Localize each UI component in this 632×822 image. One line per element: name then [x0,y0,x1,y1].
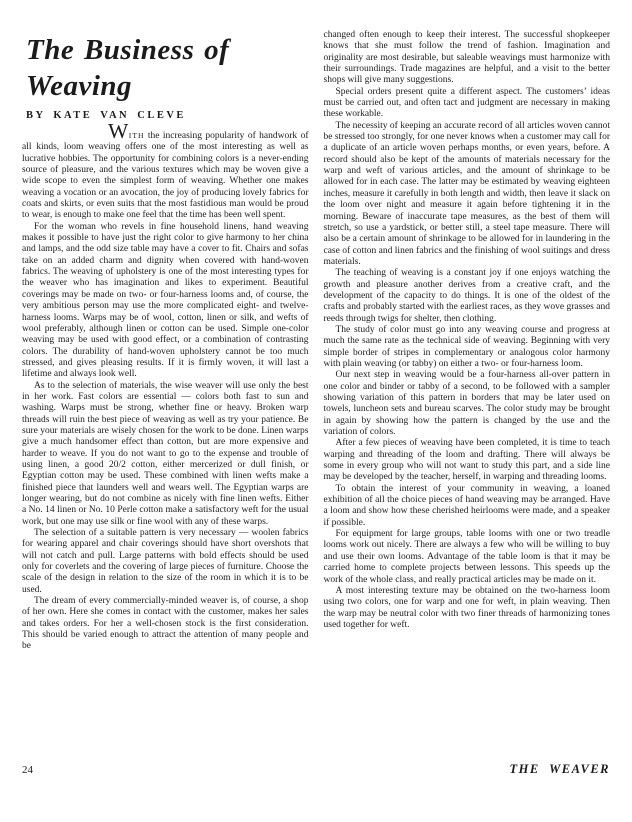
article-title-line2: Weaving [26,70,132,102]
opening-text: the increasing popularity of handwork of… [22,131,309,220]
paragraph: Special orders present quite a different… [324,87,611,121]
paragraph: The necessity of keeping an accurate rec… [324,121,611,268]
paragraph: After a few pieces of weaving have been … [324,438,611,483]
page-footer: 24 THE WEAVER [22,762,610,777]
paragraph: Our next step in weaving would be a four… [324,370,611,438]
left-column: The Business ofWeaving BY KATE VAN CLEVE… [22,30,309,653]
article-columns: The Business ofWeaving BY KATE VAN CLEVE… [22,30,610,653]
byline: BY KATE VAN CLEVE [26,110,309,121]
paragraph: As to the selection of materials, the wi… [22,381,309,528]
paragraph: The study of color must go into any weav… [324,325,611,370]
magazine-page: The Business ofWeaving BY KATE VAN CLEVE… [0,0,632,822]
paragraph-continuation: changed often enough to keep their inter… [324,30,611,87]
paragraph: A most interesting texture may be obtain… [324,586,611,631]
paragraph: To obtain the interest of your community… [324,484,611,529]
drop-cap-initial: W [108,119,129,143]
page-number: 24 [22,764,33,776]
paragraph: For equipment for large groups, table lo… [324,529,611,586]
paragraph: For the woman who revels in fine househo… [22,222,309,381]
opening-small-caps: ITH [129,131,145,140]
publication-name: THE WEAVER [510,762,610,777]
paragraph: The dream of every commercially-minded w… [22,596,309,653]
opening-paragraph: WITH the increasing popularity of handwo… [22,130,309,222]
article-title: The Business ofWeaving [26,32,309,104]
article-title-line1: The Business of [26,34,229,66]
paragraph: The selection of a suitable pattern is v… [22,528,309,596]
right-column: changed often enough to keep their inter… [324,30,611,653]
paragraph: The teaching of weaving is a constant jo… [324,268,611,325]
